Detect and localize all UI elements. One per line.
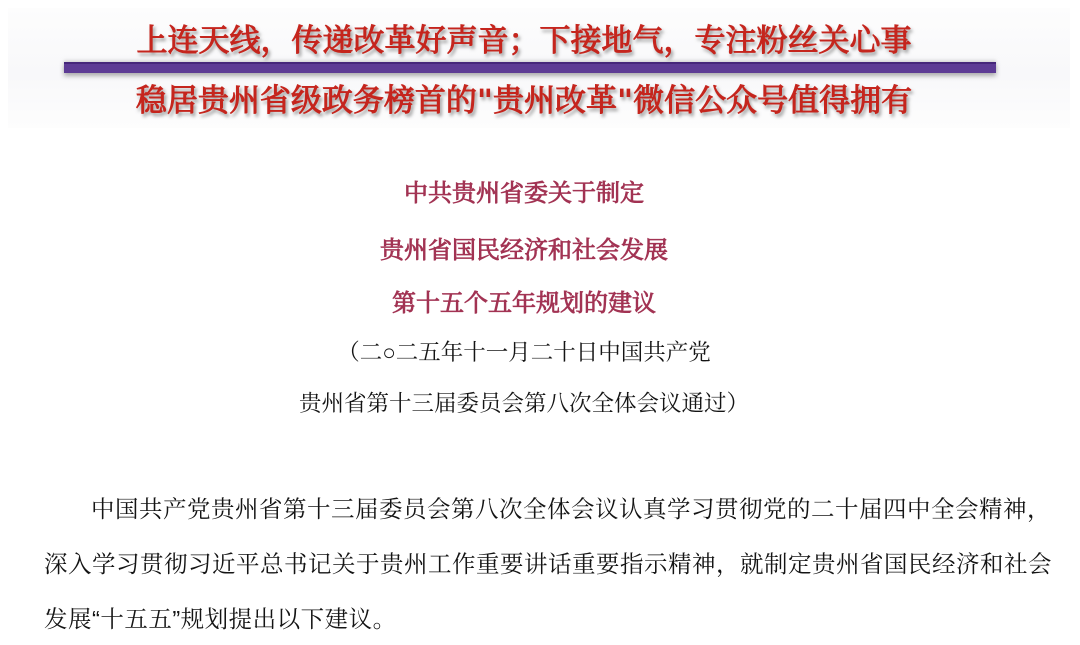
banner-divider-line	[64, 62, 996, 73]
body-paragraph-line-3: 发展“十五五”规划提出以下建议。	[44, 592, 1038, 645]
document-title-line-1: 中共贵州省委关于制定	[0, 179, 1048, 209]
document-date-line-1: （二○二五年十一月二十日中国共产党	[0, 338, 1048, 368]
body-paragraph: 中国共产党贵州省第十三届委员会第八次全体会议认真学习贯彻党的二十届四中全会精神，…	[44, 482, 1038, 645]
banner-slogan-line2: 稳居贵州省级政务榜首的"贵州改革"微信公众号值得拥有	[0, 82, 1048, 120]
document-date-line-2: 贵州省第十三届委员会第八次全体会议通过）	[0, 389, 1048, 419]
body-paragraph-line-1: 中国共产党贵州省第十三届委员会第八次全体会议认真学习贯彻党的二十届四中全会精神，	[44, 482, 1038, 537]
document-title-line-3: 第十五个五年规划的建议	[0, 289, 1048, 319]
document-title-line-2: 贵州省国民经济和社会发展	[0, 236, 1048, 266]
banner-slogan-line1: 上连天线，传递改革好声音；下接地气，专注粉丝关心事	[0, 22, 1048, 60]
article-page: 上连天线，传递改革好声音；下接地气，专注粉丝关心事 稳居贵州省级政务榜首的"贵州…	[0, 0, 1080, 645]
body-paragraph-line-2: 深入学习贯彻习近平总书记关于贵州工作重要讲话重要指示精神，就制定贵州省国民经济和…	[44, 537, 1038, 592]
